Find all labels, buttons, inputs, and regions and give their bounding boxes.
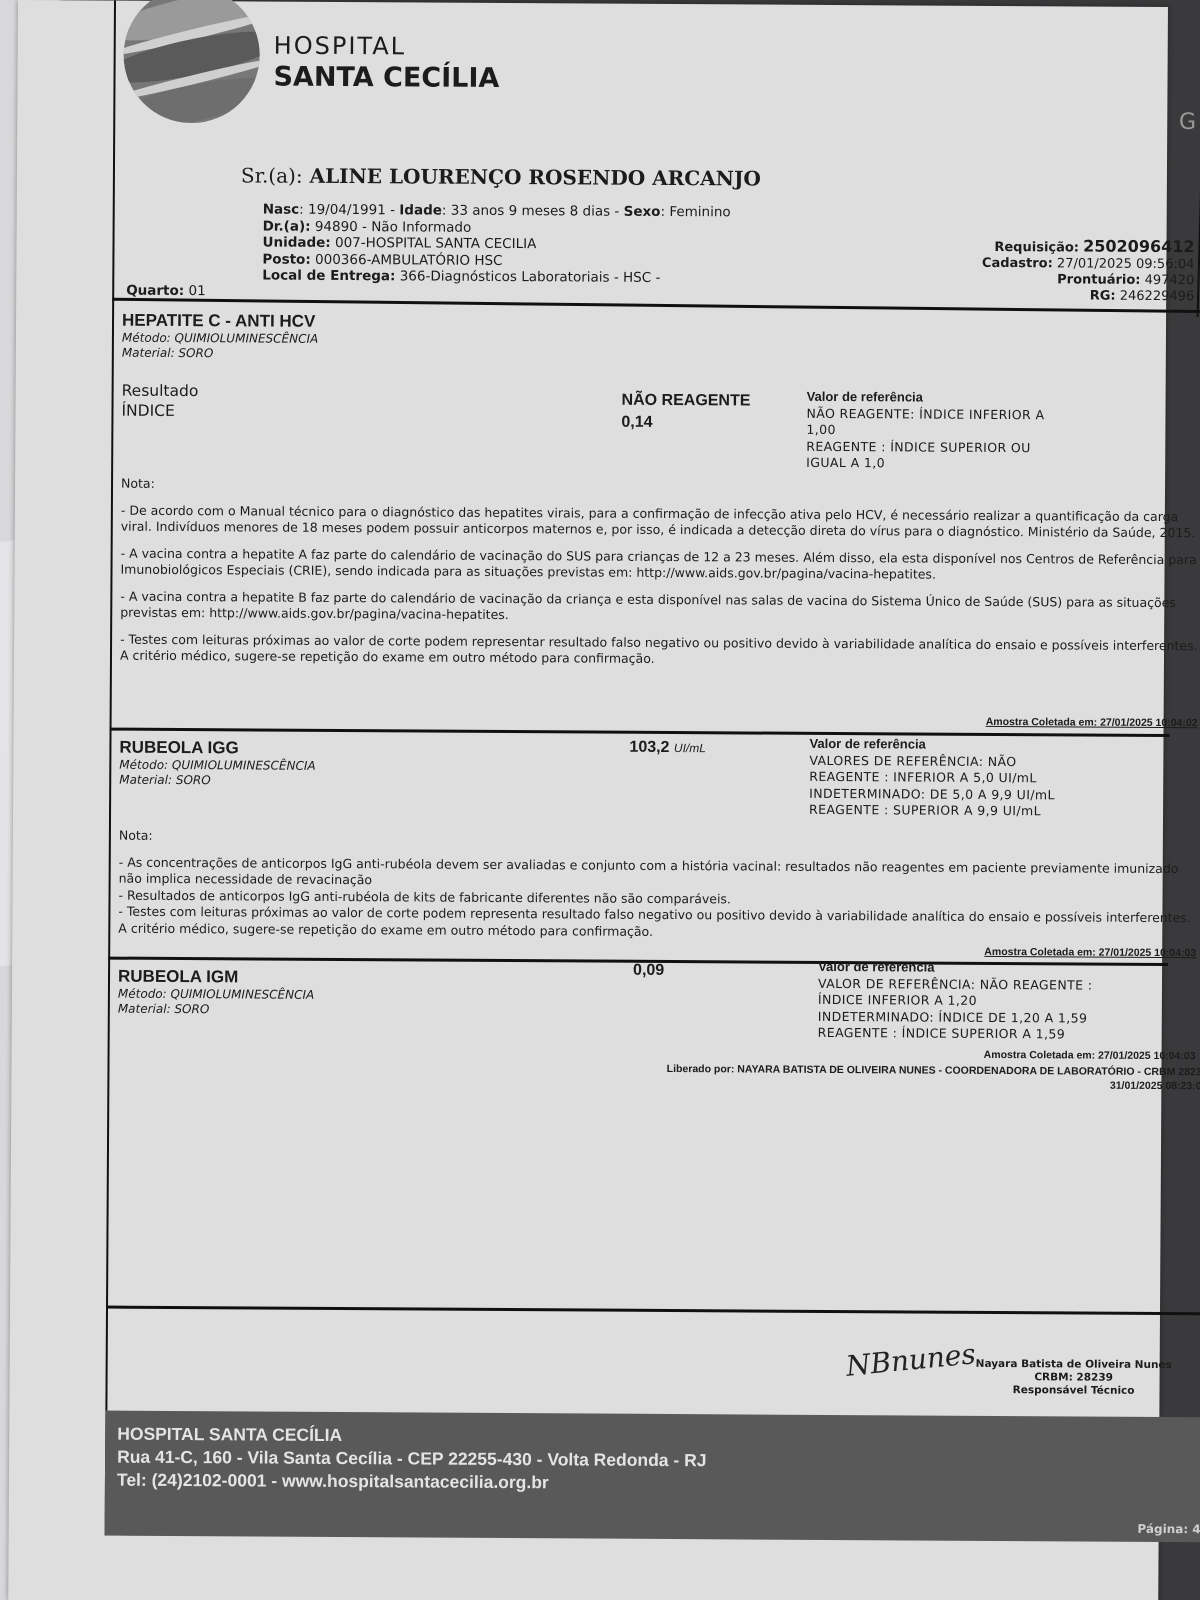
result-value: 103,2 UI/mL bbox=[629, 737, 706, 759]
result-value: NÃO REAGENTE 0,14 bbox=[621, 390, 750, 435]
sample-collected-time: Amostra Coletada em: 27/01/2025 10:04:03 bbox=[984, 946, 1196, 959]
sample-collected-time: Amostra Coletada em: 27/01/2025 10:04:03 bbox=[984, 1049, 1196, 1062]
exam-notes: Nota: - As concentrações de anticorpos I… bbox=[118, 828, 1199, 944]
reference-values: Valor de referência VALOR DE REFERÊNCIA:… bbox=[818, 959, 1093, 1043]
result-value: 0,09 bbox=[633, 960, 664, 982]
responsible-technician: Nayara Batista de Oliveira Nunes CRBM: 2… bbox=[975, 1358, 1171, 1398]
exam-rubeola-igm: RUBEOLA IGM Método: QUIMIOLUMINESCÊNCIA … bbox=[118, 967, 1198, 1024]
page-number: Página: 4 bbox=[1137, 1522, 1200, 1536]
exam-hepatite-c: HEPATITE C - ANTI HCV Método: QUIMIOLUMI… bbox=[120, 311, 1200, 671]
request-info: Requisição: 2502096412 Cadastro: 27/01/2… bbox=[982, 238, 1195, 305]
report-footer: HOSPITAL SANTA CECÍLIA Rua 41-C, 160 - V… bbox=[105, 1411, 1200, 1543]
patient-name: Sr.(a): ALINE LOURENÇO ROSENDO ARCANJO bbox=[241, 163, 761, 190]
lab-report-page: HOSPITAL SANTA CECÍLIA Sr.(a): ALINE LOU… bbox=[8, 0, 1168, 1600]
reference-values: Valor de referência VALORES DE REFERÊNCI… bbox=[809, 736, 1055, 820]
sample-collected-time: Amostra Coletada em: 27/01/2025 10:04:02 bbox=[986, 716, 1198, 729]
patient-info: Nasc: 19/04/1991 - Idade: 33 anos 9 mese… bbox=[262, 201, 730, 286]
signature: NBnunes bbox=[844, 1337, 977, 1383]
hospital-logo-icon bbox=[123, 0, 260, 123]
brand-line-2: SANTA CECÍLIA bbox=[273, 62, 499, 94]
frame-right-border bbox=[1197, 52, 1200, 317]
reference-values: Valor de referência NÃO REAGENTE: ÍNDICE… bbox=[806, 389, 1044, 473]
requisition-number: 2502096412 bbox=[1083, 237, 1194, 257]
released-by: Liberado por: NAYARA BATISTA DE OLIVEIRA… bbox=[667, 1062, 1200, 1093]
report-frame: HOSPITAL SANTA CECÍLIA Sr.(a): ALINE LOU… bbox=[105, 1, 1200, 1543]
exam-rubeola-igg: RUBEOLA IGG Método: QUIMIOLUMINESCÊNCIA … bbox=[118, 738, 1199, 944]
exam-notes: Nota: - De acordo com o Manual técnico p… bbox=[120, 476, 1200, 671]
divider bbox=[106, 1306, 1200, 1316]
room-number: Quarto: 01 bbox=[126, 283, 206, 299]
hospital-brand: HOSPITAL SANTA CECÍLIA bbox=[273, 32, 499, 94]
divider bbox=[110, 728, 1170, 737]
brand-line-1: HOSPITAL bbox=[274, 32, 500, 61]
